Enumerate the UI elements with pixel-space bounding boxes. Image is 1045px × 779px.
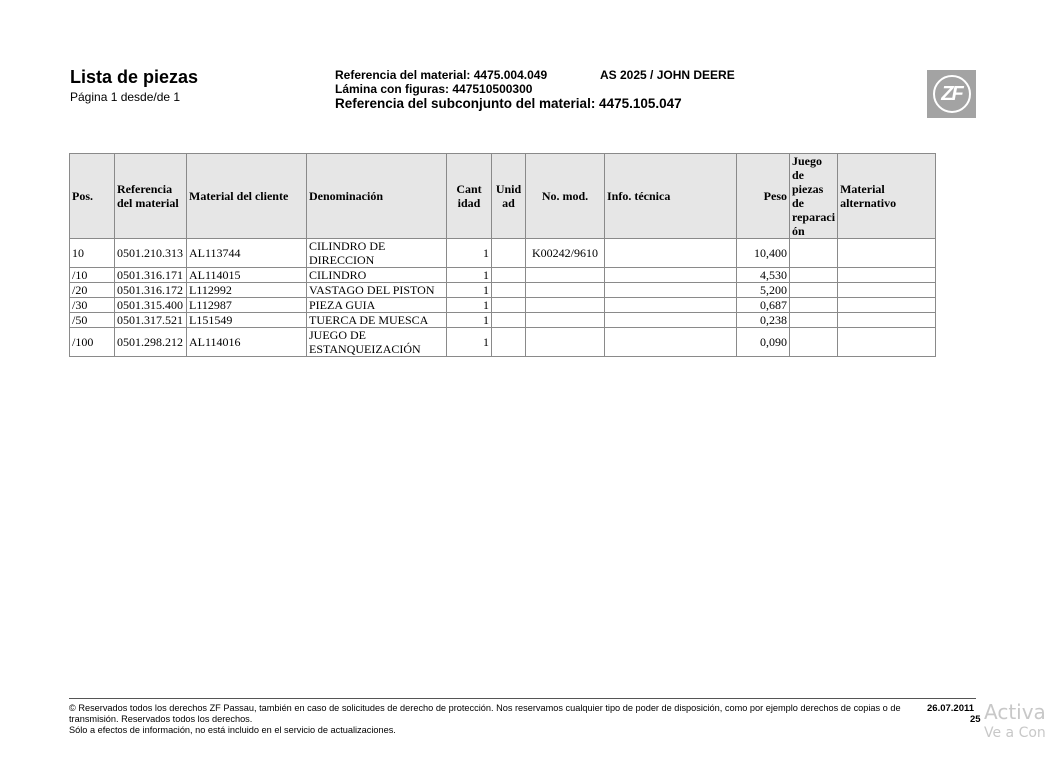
cell-weight: 0,687 — [737, 298, 790, 313]
parts-table: Pos. Referencia del material Material de… — [69, 153, 936, 357]
table-row: /500501.317.521L151549TUERCA DE MUESCA10… — [70, 313, 936, 328]
cell-alternative-material — [838, 313, 936, 328]
cell-weight: 4,530 — [737, 268, 790, 283]
col-material-reference: Referencia del material — [115, 154, 187, 239]
cell-model-no — [526, 298, 605, 313]
cell-technical-info — [605, 328, 737, 357]
cell-technical-info — [605, 313, 737, 328]
col-weight: Peso — [737, 154, 790, 239]
cell-model-no — [526, 268, 605, 283]
cell-alternative-material — [838, 268, 936, 283]
cell-repair-kit — [790, 283, 838, 298]
cell-material-reference: 0501.316.172 — [115, 283, 187, 298]
cell-repair-kit — [790, 328, 838, 357]
table-header-row: Pos. Referencia del material Material de… — [70, 154, 936, 239]
table-row: /200501.316.172L112992VASTAGO DEL PISTON… — [70, 283, 936, 298]
logo-text: ZF — [941, 83, 961, 106]
cell-pos: /30 — [70, 298, 115, 313]
cell-unit — [492, 268, 526, 283]
cell-unit — [492, 239, 526, 268]
footer-page-number: 25 — [970, 714, 981, 725]
col-technical-info: Info. técnica — [605, 154, 737, 239]
cell-denomination: TUERCA DE MUESCA — [307, 313, 447, 328]
cell-pos: 10 — [70, 239, 115, 268]
cell-material-reference: 0501.315.400 — [115, 298, 187, 313]
cell-technical-info — [605, 298, 737, 313]
footer-divider — [69, 698, 976, 699]
cell-quantity: 1 — [447, 298, 492, 313]
cell-repair-kit — [790, 313, 838, 328]
cell-material-reference: 0501.210.313 — [115, 239, 187, 268]
footer-info-note: Sólo a efectos de información, no está i… — [69, 725, 914, 736]
zf-logo: ZF — [927, 70, 976, 118]
cell-quantity: 1 — [447, 313, 492, 328]
cell-model-no — [526, 313, 605, 328]
figure-sheet: Lámina con figuras: 447510500300 — [335, 82, 532, 96]
footer-date: 26.07.2011 — [927, 703, 974, 714]
col-model-no: No. mod. — [526, 154, 605, 239]
cell-weight: 10,400 — [737, 239, 790, 268]
cell-quantity: 1 — [447, 239, 492, 268]
cell-client-material: AL113744 — [187, 239, 307, 268]
subassembly-reference: Referencia del subconjunto del material:… — [335, 96, 682, 111]
cell-technical-info — [605, 283, 737, 298]
footer-legal: © Reservados todos los derechos ZF Passa… — [69, 703, 914, 736]
table-row: /100501.316.171AL114015CILINDRO14,530 — [70, 268, 936, 283]
page-info: Página 1 desde/de 1 — [70, 90, 180, 104]
cell-client-material: AL114015 — [187, 268, 307, 283]
cell-model-no — [526, 283, 605, 298]
col-unit: Unid ad — [492, 154, 526, 239]
cell-unit — [492, 313, 526, 328]
cell-denomination: JUEGO DE ESTANQUEIZACIÓN — [307, 328, 447, 357]
zf-logo-icon: ZF — [933, 75, 971, 113]
activation-watermark-title: Activar — [984, 700, 1045, 724]
cell-pos: /10 — [70, 268, 115, 283]
cell-technical-info — [605, 239, 737, 268]
cell-alternative-material — [838, 239, 936, 268]
cell-pos: /50 — [70, 313, 115, 328]
cell-material-reference: 0501.316.171 — [115, 268, 187, 283]
cell-denomination: CILINDRO — [307, 268, 447, 283]
cell-denomination: VASTAGO DEL PISTON — [307, 283, 447, 298]
col-repair-kit: Juego de piezas de reparaci ón — [790, 154, 838, 239]
table-row: 100501.210.313AL113744CILINDRO DE DIRECC… — [70, 239, 936, 268]
col-denomination: Denominación — [307, 154, 447, 239]
material-reference: Referencia del material: 4475.004.049 — [335, 68, 547, 82]
cell-model-no: K00242/9610 — [526, 239, 605, 268]
cell-quantity: 1 — [447, 328, 492, 357]
cell-client-material: L112992 — [187, 283, 307, 298]
model-label: AS 2025 / JOHN DEERE — [600, 68, 735, 82]
cell-material-reference: 0501.317.521 — [115, 313, 187, 328]
cell-weight: 0,090 — [737, 328, 790, 357]
cell-denomination: PIEZA GUIA — [307, 298, 447, 313]
cell-unit — [492, 283, 526, 298]
cell-repair-kit — [790, 239, 838, 268]
cell-weight: 5,200 — [737, 283, 790, 298]
cell-material-reference: 0501.298.212 — [115, 328, 187, 357]
cell-repair-kit — [790, 268, 838, 283]
cell-unit — [492, 328, 526, 357]
cell-quantity: 1 — [447, 283, 492, 298]
cell-model-no — [526, 328, 605, 357]
cell-quantity: 1 — [447, 268, 492, 283]
cell-technical-info — [605, 268, 737, 283]
cell-pos: /20 — [70, 283, 115, 298]
cell-denomination: CILINDRO DE DIRECCION — [307, 239, 447, 268]
cell-weight: 0,238 — [737, 313, 790, 328]
cell-client-material: L112987 — [187, 298, 307, 313]
cell-client-material: AL114016 — [187, 328, 307, 357]
col-alternative-material: Material alternativo — [838, 154, 936, 239]
table-row: /1000501.298.212AL114016JUEGO DE ESTANQU… — [70, 328, 936, 357]
cell-unit — [492, 298, 526, 313]
page-title: Lista de piezas — [70, 67, 198, 88]
table-row: /300501.315.400L112987PIEZA GUIA10,687 — [70, 298, 936, 313]
cell-client-material: L151549 — [187, 313, 307, 328]
cell-alternative-material — [838, 328, 936, 357]
footer-copyright: © Reservados todos los derechos ZF Passa… — [69, 703, 914, 725]
col-pos: Pos. — [70, 154, 115, 239]
cell-pos: /100 — [70, 328, 115, 357]
cell-repair-kit — [790, 298, 838, 313]
col-quantity: Cant idad — [447, 154, 492, 239]
col-client-material: Material del cliente — [187, 154, 307, 239]
cell-alternative-material — [838, 283, 936, 298]
cell-alternative-material — [838, 298, 936, 313]
activation-watermark-subtitle: Ve a Conf — [984, 725, 1045, 741]
